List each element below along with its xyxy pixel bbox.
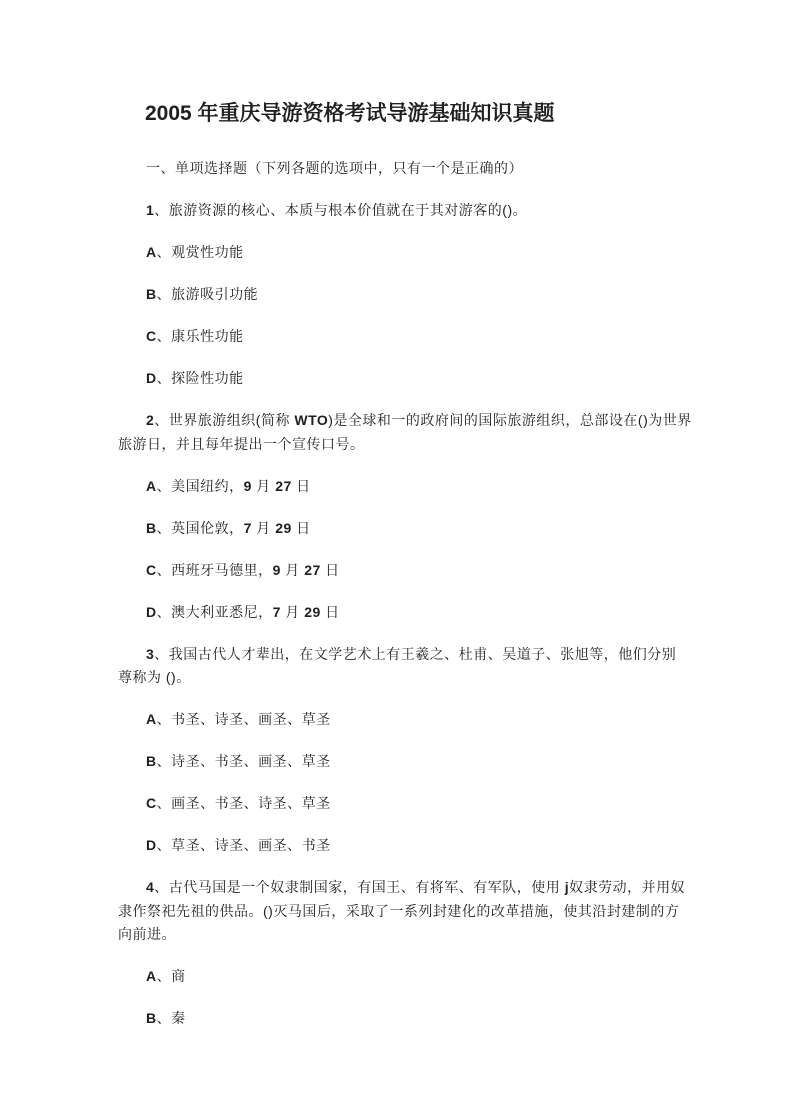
latin-text-run: D bbox=[146, 604, 157, 620]
option-para: C、康乐性功能 bbox=[118, 325, 675, 349]
latin-text-run: 27 bbox=[275, 478, 292, 494]
latin-text-run: 29 bbox=[275, 520, 292, 536]
text-run: 向前进。 bbox=[118, 926, 176, 942]
option-para: C、西班牙马德里，9 月 27 日 bbox=[118, 559, 675, 583]
latin-text-run: C bbox=[146, 328, 157, 344]
latin-text-run: C bbox=[146, 562, 157, 578]
text-run: 、旅游资源的核心、本质与根本价值就在于其对游客的()。 bbox=[154, 202, 527, 218]
text-run: 、旅游吸引功能 bbox=[157, 286, 259, 302]
question-stem-line: 2、世界旅游组织(简称 WTO)是全球和一的政府间的国际旅游组织，总部设在()为… bbox=[118, 409, 675, 433]
question-stem-line: 4、古代马国是一个奴隶制国家，有国王、有将军、有军队，使用 j奴隶劳动，并用奴 bbox=[118, 876, 675, 900]
text-run: 奴隶劳动，并用奴 bbox=[569, 879, 685, 895]
questions: 1、旅游资源的核心、本质与根本价值就在于其对游客的()。 A、观赏性功能B、旅游… bbox=[118, 199, 675, 1031]
question-stem: 3、我国古代人才辈出，在文学艺术上有王羲之、杜甫、吴道子、张旭等，他们分别尊称为… bbox=[118, 643, 675, 690]
latin-text-run: 9 bbox=[244, 478, 252, 494]
option-line: C、画圣、书圣、诗圣、草圣 bbox=[118, 792, 675, 816]
latin-text-run: D bbox=[146, 837, 157, 853]
option-para: A、商 bbox=[118, 965, 675, 989]
option-line: B、秦 bbox=[118, 1007, 675, 1031]
latin-text-run: 27 bbox=[304, 562, 321, 578]
option-para: A、观赏性功能 bbox=[118, 241, 675, 265]
text-run: 、英国伦敦， bbox=[157, 520, 244, 536]
text-run: 、草圣、诗圣、画圣、书圣 bbox=[157, 837, 331, 853]
question-stem: 4、古代马国是一个奴隶制国家，有国王、有将军、有军队，使用 j奴隶劳动，并用奴隶… bbox=[118, 876, 675, 947]
option-line: C、康乐性功能 bbox=[118, 325, 675, 349]
text-run: 日 bbox=[321, 604, 340, 620]
latin-text-run: 7 bbox=[273, 604, 281, 620]
question-stem-line: 1、旅游资源的核心、本质与根本价值就在于其对游客的()。 bbox=[118, 199, 675, 223]
text-run: 、我国古代人才辈出，在文学艺术上有王羲之、杜甫、吴道子、张旭等，他们分别 bbox=[154, 646, 676, 662]
text-run: 、古代马国是一个奴隶制国家，有国王、有将军、有军队，使用 bbox=[154, 879, 564, 895]
option-line: B、诗圣、书圣、画圣、草圣 bbox=[118, 750, 675, 774]
question-block: 4、古代马国是一个奴隶制国家，有国王、有将军、有军队，使用 j奴隶劳动，并用奴隶… bbox=[118, 876, 675, 1031]
option-line: A、书圣、诗圣、画圣、草圣 bbox=[118, 708, 675, 732]
document-page: 2005 年重庆导游资格考试导游基础知识真题 一、单项选择题（下列各题的选项中，… bbox=[0, 0, 790, 1119]
option-para: D、草圣、诗圣、画圣、书圣 bbox=[118, 834, 675, 858]
option-para: C、画圣、书圣、诗圣、草圣 bbox=[118, 792, 675, 816]
text-run: 、澳大利亚悉尼， bbox=[157, 604, 273, 620]
option-line: D、探险性功能 bbox=[118, 367, 675, 391]
text-run: 、西班牙马德里， bbox=[157, 562, 273, 578]
question-stem-line: 尊称为 ()。 bbox=[118, 666, 675, 690]
option-para: B、英国伦敦，7 月 29 日 bbox=[118, 517, 675, 541]
question-stem-line: 向前进。 bbox=[118, 923, 675, 947]
option-line: B、英国伦敦，7 月 29 日 bbox=[118, 517, 675, 541]
latin-text-run: 9 bbox=[273, 562, 281, 578]
latin-text-run: C bbox=[146, 795, 157, 811]
text-run: 、观赏性功能 bbox=[157, 244, 244, 260]
option-para: B、诗圣、书圣、画圣、草圣 bbox=[118, 750, 675, 774]
text-run: 月 bbox=[281, 604, 304, 620]
text-run: 、探险性功能 bbox=[157, 370, 244, 386]
text-run: 、秦 bbox=[157, 1010, 186, 1026]
latin-text-run: A bbox=[146, 968, 157, 984]
question-stem: 2、世界旅游组织(简称 WTO)是全球和一的政府间的国际旅游组织，总部设在()为… bbox=[118, 409, 675, 456]
option-line: B、旅游吸引功能 bbox=[118, 283, 675, 307]
section-heading: 一、单项选择题（下列各题的选项中，只有一个是正确的） bbox=[118, 157, 675, 181]
latin-text-run: B bbox=[146, 753, 157, 769]
question-stem-line: 隶作祭祀先祖的供品。()灭马国后，采取了一系列封建化的改革措施，使其沿封建制的方 bbox=[118, 900, 675, 924]
option-line: A、商 bbox=[118, 965, 675, 989]
section-heading-para: 一、单项选择题（下列各题的选项中，只有一个是正确的） bbox=[118, 157, 675, 181]
text-run: 月 bbox=[281, 562, 304, 578]
question-stem-line: 旅游日，并且每年提出一个宣传口号。 bbox=[118, 433, 675, 457]
option-para: A、美国纽约，9 月 27 日 bbox=[118, 475, 675, 499]
option-para: B、旅游吸引功能 bbox=[118, 283, 675, 307]
latin-text-run: B bbox=[146, 520, 157, 536]
question-block: 1、旅游资源的核心、本质与根本价值就在于其对游客的()。 A、观赏性功能B、旅游… bbox=[118, 199, 675, 391]
latin-text-run: WTO bbox=[294, 412, 328, 428]
text-run: 月 bbox=[252, 520, 275, 536]
option-para: A、书圣、诗圣、画圣、草圣 bbox=[118, 708, 675, 732]
text-run: 日 bbox=[321, 562, 340, 578]
text-run: 、美国纽约， bbox=[157, 478, 244, 494]
page-title: 2005 年重庆导游资格考试导游基础知识真题 bbox=[118, 99, 675, 129]
latin-text-run: A bbox=[146, 478, 157, 494]
text-run: 旅游日，并且每年提出一个宣传口号。 bbox=[118, 436, 365, 452]
option-para: D、澳大利亚悉尼，7 月 29 日 bbox=[118, 601, 675, 625]
latin-text-run: A bbox=[146, 711, 157, 727]
option-line: A、观赏性功能 bbox=[118, 241, 675, 265]
latin-text-run: 29 bbox=[304, 604, 321, 620]
question-stem-line: 3、我国古代人才辈出，在文学艺术上有王羲之、杜甫、吴道子、张旭等，他们分别 bbox=[118, 643, 675, 667]
text-run: 、书圣、诗圣、画圣、草圣 bbox=[157, 711, 331, 727]
text-run: 、诗圣、书圣、画圣、草圣 bbox=[157, 753, 331, 769]
option-para: D、探险性功能 bbox=[118, 367, 675, 391]
option-line: D、草圣、诗圣、画圣、书圣 bbox=[118, 834, 675, 858]
question-stem: 1、旅游资源的核心、本质与根本价值就在于其对游客的()。 bbox=[118, 199, 675, 223]
option-para: B、秦 bbox=[118, 1007, 675, 1031]
option-line: D、澳大利亚悉尼，7 月 29 日 bbox=[118, 601, 675, 625]
latin-text-run: D bbox=[146, 370, 157, 386]
option-line: A、美国纽约，9 月 27 日 bbox=[118, 475, 675, 499]
text-run: 、世界旅游组织(简称 bbox=[154, 412, 294, 428]
question-block: 2、世界旅游组织(简称 WTO)是全球和一的政府间的国际旅游组织，总部设在()为… bbox=[118, 409, 675, 624]
latin-text-run: A bbox=[146, 244, 157, 260]
text-run: 日 bbox=[292, 520, 311, 536]
option-line: C、西班牙马德里，9 月 27 日 bbox=[118, 559, 675, 583]
latin-text-run: 7 bbox=[244, 520, 252, 536]
text-run: 、康乐性功能 bbox=[157, 328, 244, 344]
text-run: 、商 bbox=[157, 968, 186, 984]
text-run: 、画圣、书圣、诗圣、草圣 bbox=[157, 795, 331, 811]
text-run: )是全球和一的政府间的国际旅游组织，总部设在()为世界 bbox=[328, 412, 692, 428]
text-run: 尊称为 ()。 bbox=[118, 669, 191, 685]
text-run: 隶作祭祀先祖的供品。()灭马国后，采取了一系列封建化的改革措施，使其沿封建制的方 bbox=[118, 903, 679, 919]
question-block: 3、我国古代人才辈出，在文学艺术上有王羲之、杜甫、吴道子、张旭等，他们分别尊称为… bbox=[118, 643, 675, 858]
latin-text-run: B bbox=[146, 286, 157, 302]
text-run: 日 bbox=[292, 478, 311, 494]
latin-text-run: B bbox=[146, 1010, 157, 1026]
text-run: 月 bbox=[252, 478, 275, 494]
